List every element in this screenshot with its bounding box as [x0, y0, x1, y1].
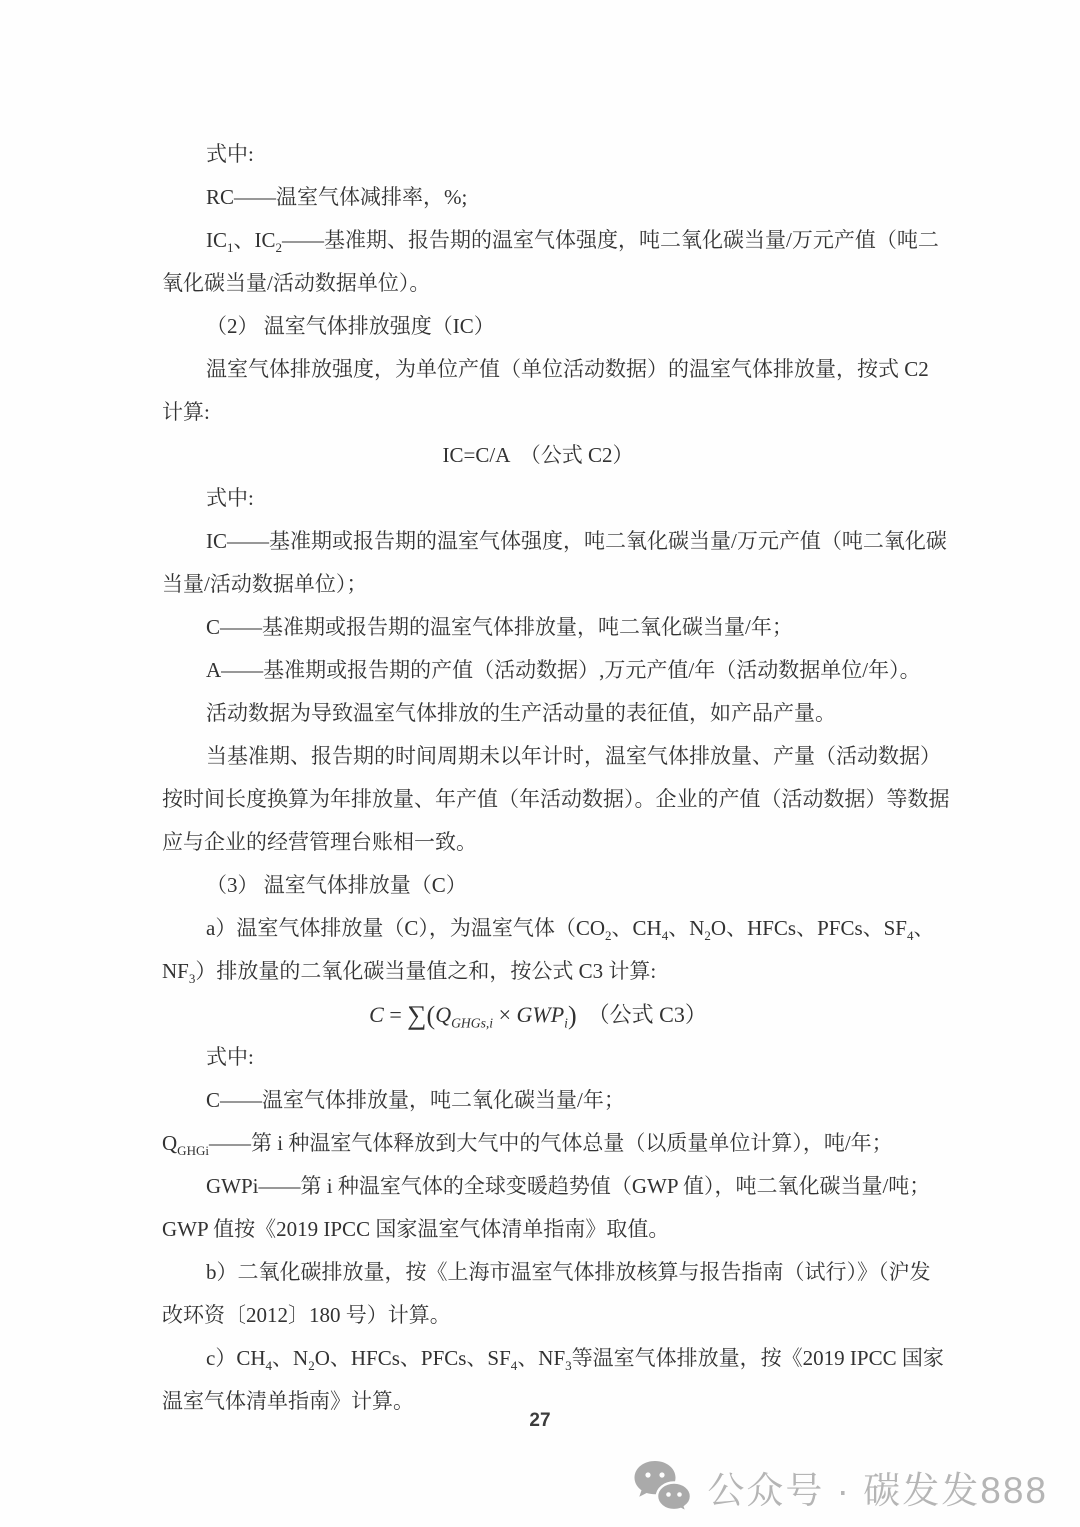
text-line: A——基准期或报告期的产值（活动数据）,万元产值/年（活动数据单位/年）。: [162, 649, 914, 692]
text-line: RC——温室气体减排率，%;: [162, 176, 914, 219]
page-number: 27: [0, 1410, 1080, 1432]
text-line: （3） 温室气体排放量（C）: [162, 864, 914, 907]
text-line: 式中:: [162, 1036, 914, 1079]
text-line: b）二氧化碳排放量，按《上海市温室气体排放核算与报告指南（试行）》（沪发: [162, 1251, 914, 1294]
text-line: IC=C/A （公式 C2）: [162, 434, 914, 477]
text-line: 改环资〔2012〕180 号）计算。: [162, 1294, 914, 1337]
text-line: 式中:: [162, 133, 914, 176]
text-line: 温室气体排放强度，为单位产值（单位活动数据）的温室气体排放量，按式 C2: [162, 348, 914, 391]
text-line: 应与企业的经营管理台账相一致。: [162, 821, 914, 864]
text-line: 当基准期、报告期的时间周期未以年计时，温室气体排放量、产量（活动数据）: [162, 735, 914, 778]
document-body: 式中:RC——温室气体减排率，%;IC1、IC2——基准期、报告期的温室气体强度…: [162, 133, 914, 1423]
text-line: a）温室气体排放量（C），为温室气体（CO2、CH4、N2O、HFCs、PFCs…: [162, 907, 914, 950]
text-line: NF3）排放量的二氧化碳当量值之和，按公式 C3 计算:: [162, 950, 914, 993]
text-line: 按时间长度换算为年排放量、年产值（年活动数据）。企业的产值（活动数据）等数据: [162, 778, 914, 821]
text-line: 计算:: [162, 391, 914, 434]
text-line: C——基准期或报告期的温室气体排放量，吨二氧化碳当量/年；: [162, 606, 914, 649]
text-line: GWP 值按《2019 IPCC 国家温室气体清单指南》取值。: [162, 1208, 914, 1251]
text-line: 式中:: [162, 477, 914, 520]
text-line: IC1、IC2——基准期、报告期的温室气体强度，吨二氧化碳当量/万元产值（吨二: [162, 219, 914, 262]
watermark-text: 公众号 · 碳发发888: [707, 1460, 1048, 1514]
text-line: 氧化碳当量/活动数据单位）。: [162, 262, 914, 305]
document-page: 式中:RC——温室气体减排率，%;IC1、IC2——基准期、报告期的温室气体强度…: [0, 0, 1080, 1527]
text-line: IC——基准期或报告期的温室气体强度，吨二氧化碳当量/万元产值（吨二氧化碳: [162, 520, 914, 563]
text-line: 当量/活动数据单位）；: [162, 563, 914, 606]
footer-watermark: 公众号 · 碳发发888: [632, 1458, 1048, 1516]
text-line: 活动数据为导致温室气体排放的生产活动量的表征值，如产品产量。: [162, 692, 914, 735]
text-line: C——温室气体排放量，吨二氧化碳当量/年；: [162, 1079, 914, 1122]
text-line: c）CH4、N2O、HFCs、PFCs、SF4、NF3等温室气体排放量，按《20…: [162, 1337, 914, 1380]
text-line: GWPi——第 i 种温室气体的全球变暖趋势值（GWP 值），吨二氧化碳当量/吨…: [162, 1165, 914, 1208]
text-line: C = ∑(QGHGs,i × GWPi) （公式 C3）: [162, 993, 914, 1036]
text-line: QGHGi——第 i 种温室气体释放到大气中的气体总量（以质量单位计算），吨/年…: [162, 1122, 914, 1165]
text-line: （2） 温室气体排放强度（IC）: [162, 305, 914, 348]
wechat-icon: [632, 1458, 692, 1516]
